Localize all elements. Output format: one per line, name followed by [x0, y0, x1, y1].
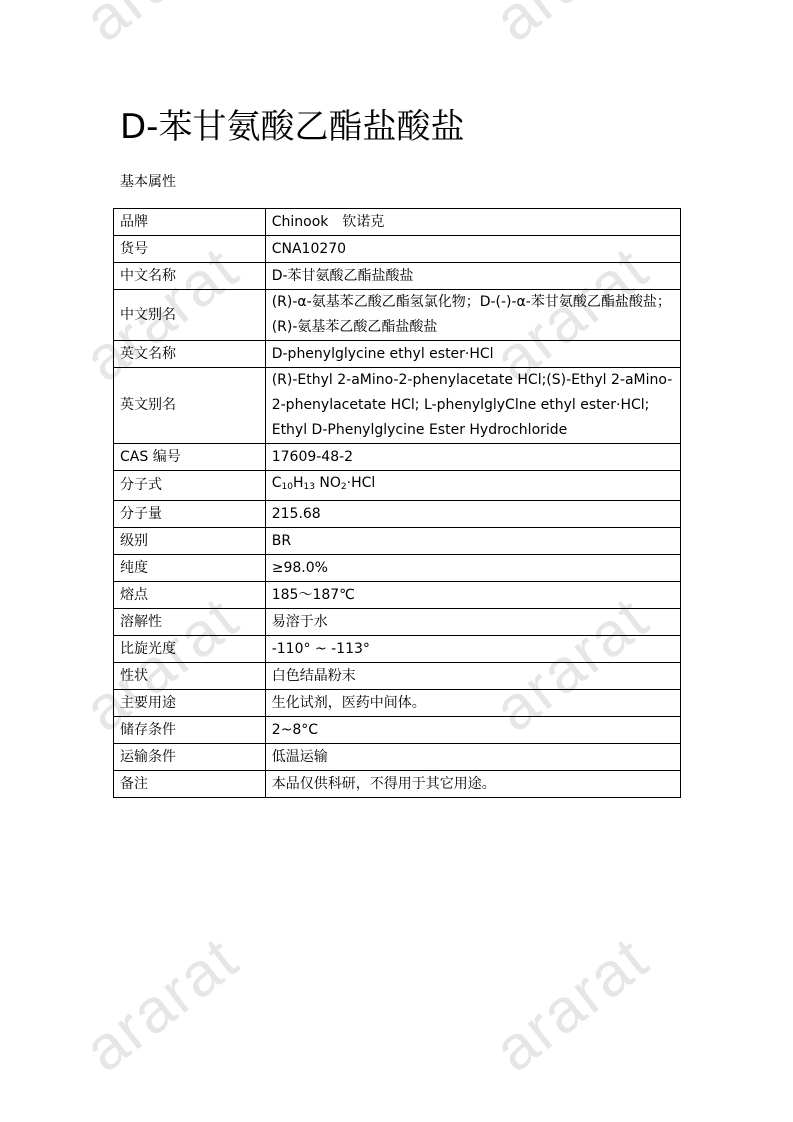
property-value: (R)-Ethyl 2-aMino-2-phenylacetate HCl;(S… — [265, 368, 680, 444]
property-value: (R)-α-氨基苯乙酸乙酯氢氯化物；D-(-)-α-苯甘氨酸乙酯盐酸盐；(R)-… — [265, 290, 680, 341]
table-row: 英文名称 D-phenylglycine ethyl ester·HCl — [114, 341, 681, 368]
table-row: 运输条件 低温运输 — [114, 744, 681, 771]
property-key: 主要用途 — [114, 690, 266, 717]
formula-subscript: 13 — [303, 482, 314, 492]
property-value: D-phenylglycine ethyl ester·HCl — [265, 341, 680, 368]
property-value: 215.68 — [265, 501, 680, 528]
property-key: 级别 — [114, 528, 266, 555]
table-row: 英文别名 (R)-Ethyl 2-aMino-2-phenylacetate H… — [114, 368, 681, 444]
molecular-formula: C10H13 NO2·HCl — [265, 471, 680, 501]
property-key: 中文别名 — [114, 290, 266, 341]
property-key: 性状 — [114, 663, 266, 690]
table-row: 分子量 215.68 — [114, 501, 681, 528]
property-value: Chinook 钦诺克 — [265, 209, 680, 236]
property-key: 溶解性 — [114, 609, 266, 636]
property-value: 185～187℃ — [265, 582, 680, 609]
property-value: 生化试剂，医药中间体。 — [265, 690, 680, 717]
table-row: 中文别名 (R)-α-氨基苯乙酸乙酯氢氯化物；D-(-)-α-苯甘氨酸乙酯盐酸盐… — [114, 290, 681, 341]
property-key: 熔点 — [114, 582, 266, 609]
property-key: 运输条件 — [114, 744, 266, 771]
property-value: ≥98.0% — [265, 555, 680, 582]
formula-text: H — [293, 475, 304, 491]
table-row: 储存条件 2~8°C — [114, 717, 681, 744]
property-key: 英文别名 — [114, 368, 266, 444]
property-key: 品牌 — [114, 209, 266, 236]
property-key: 比旋光度 — [114, 636, 266, 663]
table-row: 溶解性 易溶于水 — [114, 609, 681, 636]
table-row: 比旋光度 -110° ~ -113° — [114, 636, 681, 663]
property-key: 分子量 — [114, 501, 266, 528]
table-row: 性状 白色结晶粉末 — [114, 663, 681, 690]
property-value: CNA10270 — [265, 236, 680, 263]
property-value: 低温运输 — [265, 744, 680, 771]
property-key: 英文名称 — [114, 341, 266, 368]
formula-text: NO — [315, 475, 341, 491]
formula-text: ·HCl — [347, 475, 376, 491]
table-row: 主要用途 生化试剂，医药中间体。 — [114, 690, 681, 717]
property-key: 分子式 — [114, 471, 266, 501]
table-row: 纯度 ≥98.0% — [114, 555, 681, 582]
property-value: -110° ~ -113° — [265, 636, 680, 663]
property-value: 2~8°C — [265, 717, 680, 744]
property-key: CAS 编号 — [114, 444, 266, 471]
property-value: 易溶于水 — [265, 609, 680, 636]
document-page: D-苯甘氨酸乙酯盐酸盐 基本属性 品牌 Chinook 钦诺克 货号 CNA10… — [0, 0, 793, 1122]
table-row: 级别 BR — [114, 528, 681, 555]
table-row: 货号 CNA10270 — [114, 236, 681, 263]
properties-table: 品牌 Chinook 钦诺克 货号 CNA10270 中文名称 D-苯甘氨酸乙酯… — [113, 208, 681, 798]
property-value: D-苯甘氨酸乙酯盐酸盐 — [265, 263, 680, 290]
table-row: 备注 本品仅供科研，不得用于其它用途。 — [114, 771, 681, 798]
table-row: 分子式 C10H13 NO2·HCl — [114, 471, 681, 501]
property-key: 货号 — [114, 236, 266, 263]
property-value: 白色结晶粉末 — [265, 663, 680, 690]
table-row: 熔点 185～187℃ — [114, 582, 681, 609]
formula-subscript: 10 — [282, 482, 293, 492]
table-row: 中文名称 D-苯甘氨酸乙酯盐酸盐 — [114, 263, 681, 290]
formula-text: C — [272, 475, 282, 491]
property-key: 纯度 — [114, 555, 266, 582]
section-heading: 基本属性 — [120, 172, 176, 192]
property-key: 备注 — [114, 771, 266, 798]
page-title: D-苯甘氨酸乙酯盐酸盐 — [120, 103, 464, 151]
property-key: 储存条件 — [114, 717, 266, 744]
property-value: 17609-48-2 — [265, 444, 680, 471]
property-key: 中文名称 — [114, 263, 266, 290]
property-value: 本品仅供科研，不得用于其它用途。 — [265, 771, 680, 798]
table-row: CAS 编号 17609-48-2 — [114, 444, 681, 471]
table-row: 品牌 Chinook 钦诺克 — [114, 209, 681, 236]
property-value: BR — [265, 528, 680, 555]
